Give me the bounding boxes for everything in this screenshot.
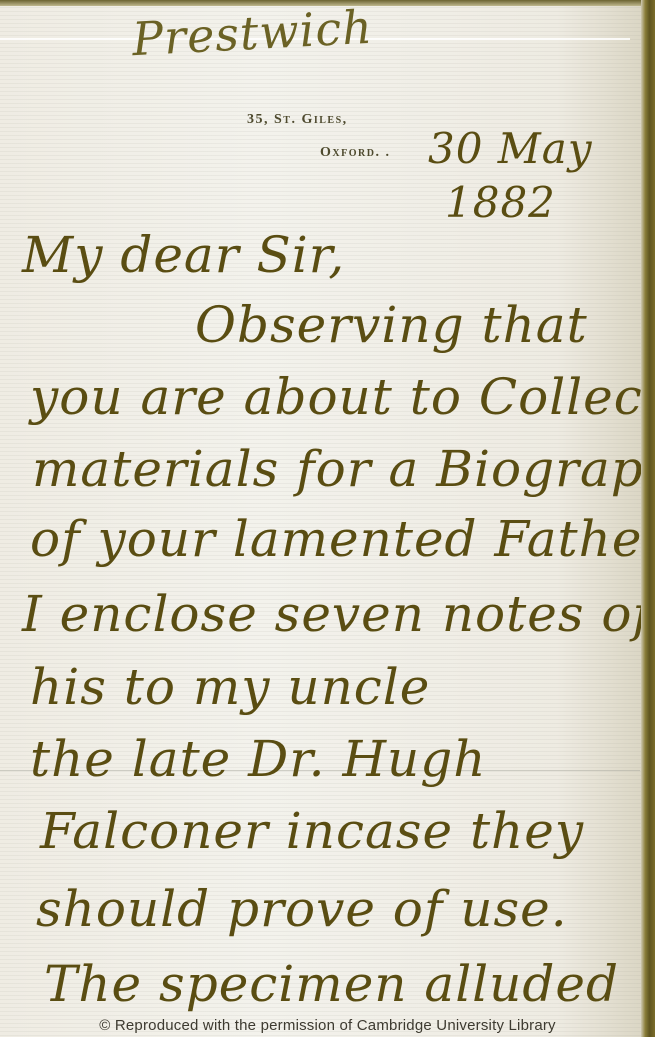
copyright-notice: © Reproduced with the permission of Camb… bbox=[0, 1017, 655, 1034]
letter-date-day-month: 30 May bbox=[428, 124, 593, 173]
body-line: The specimen alluded bbox=[44, 955, 619, 1013]
body-line: his to my uncle bbox=[30, 658, 430, 716]
body-line: I enclose seven notes of bbox=[22, 585, 652, 643]
right-scan-border bbox=[641, 0, 655, 1037]
body-line: Falconer incase they bbox=[40, 802, 584, 860]
letterhead-address-city: Oxford. . bbox=[320, 145, 390, 161]
letter-page: Prestwich 35, St. Giles, Oxford. . 30 Ma… bbox=[0, 0, 655, 1037]
letterhead-address-street: 35, St. Giles, bbox=[247, 112, 348, 128]
body-line: Observing that bbox=[195, 296, 588, 354]
body-line: materials for a Biography bbox=[32, 440, 655, 498]
body-line: should prove of use. bbox=[36, 880, 568, 938]
letter-date-year: 1882 bbox=[445, 178, 556, 227]
body-line: the late Dr. Hugh bbox=[30, 730, 486, 788]
salutation: My dear Sir, bbox=[22, 226, 345, 284]
body-line: you are about to Collect bbox=[30, 368, 655, 426]
body-line: of your lamented Father, bbox=[30, 510, 655, 568]
archive-annotation: Prestwich bbox=[131, 0, 374, 66]
